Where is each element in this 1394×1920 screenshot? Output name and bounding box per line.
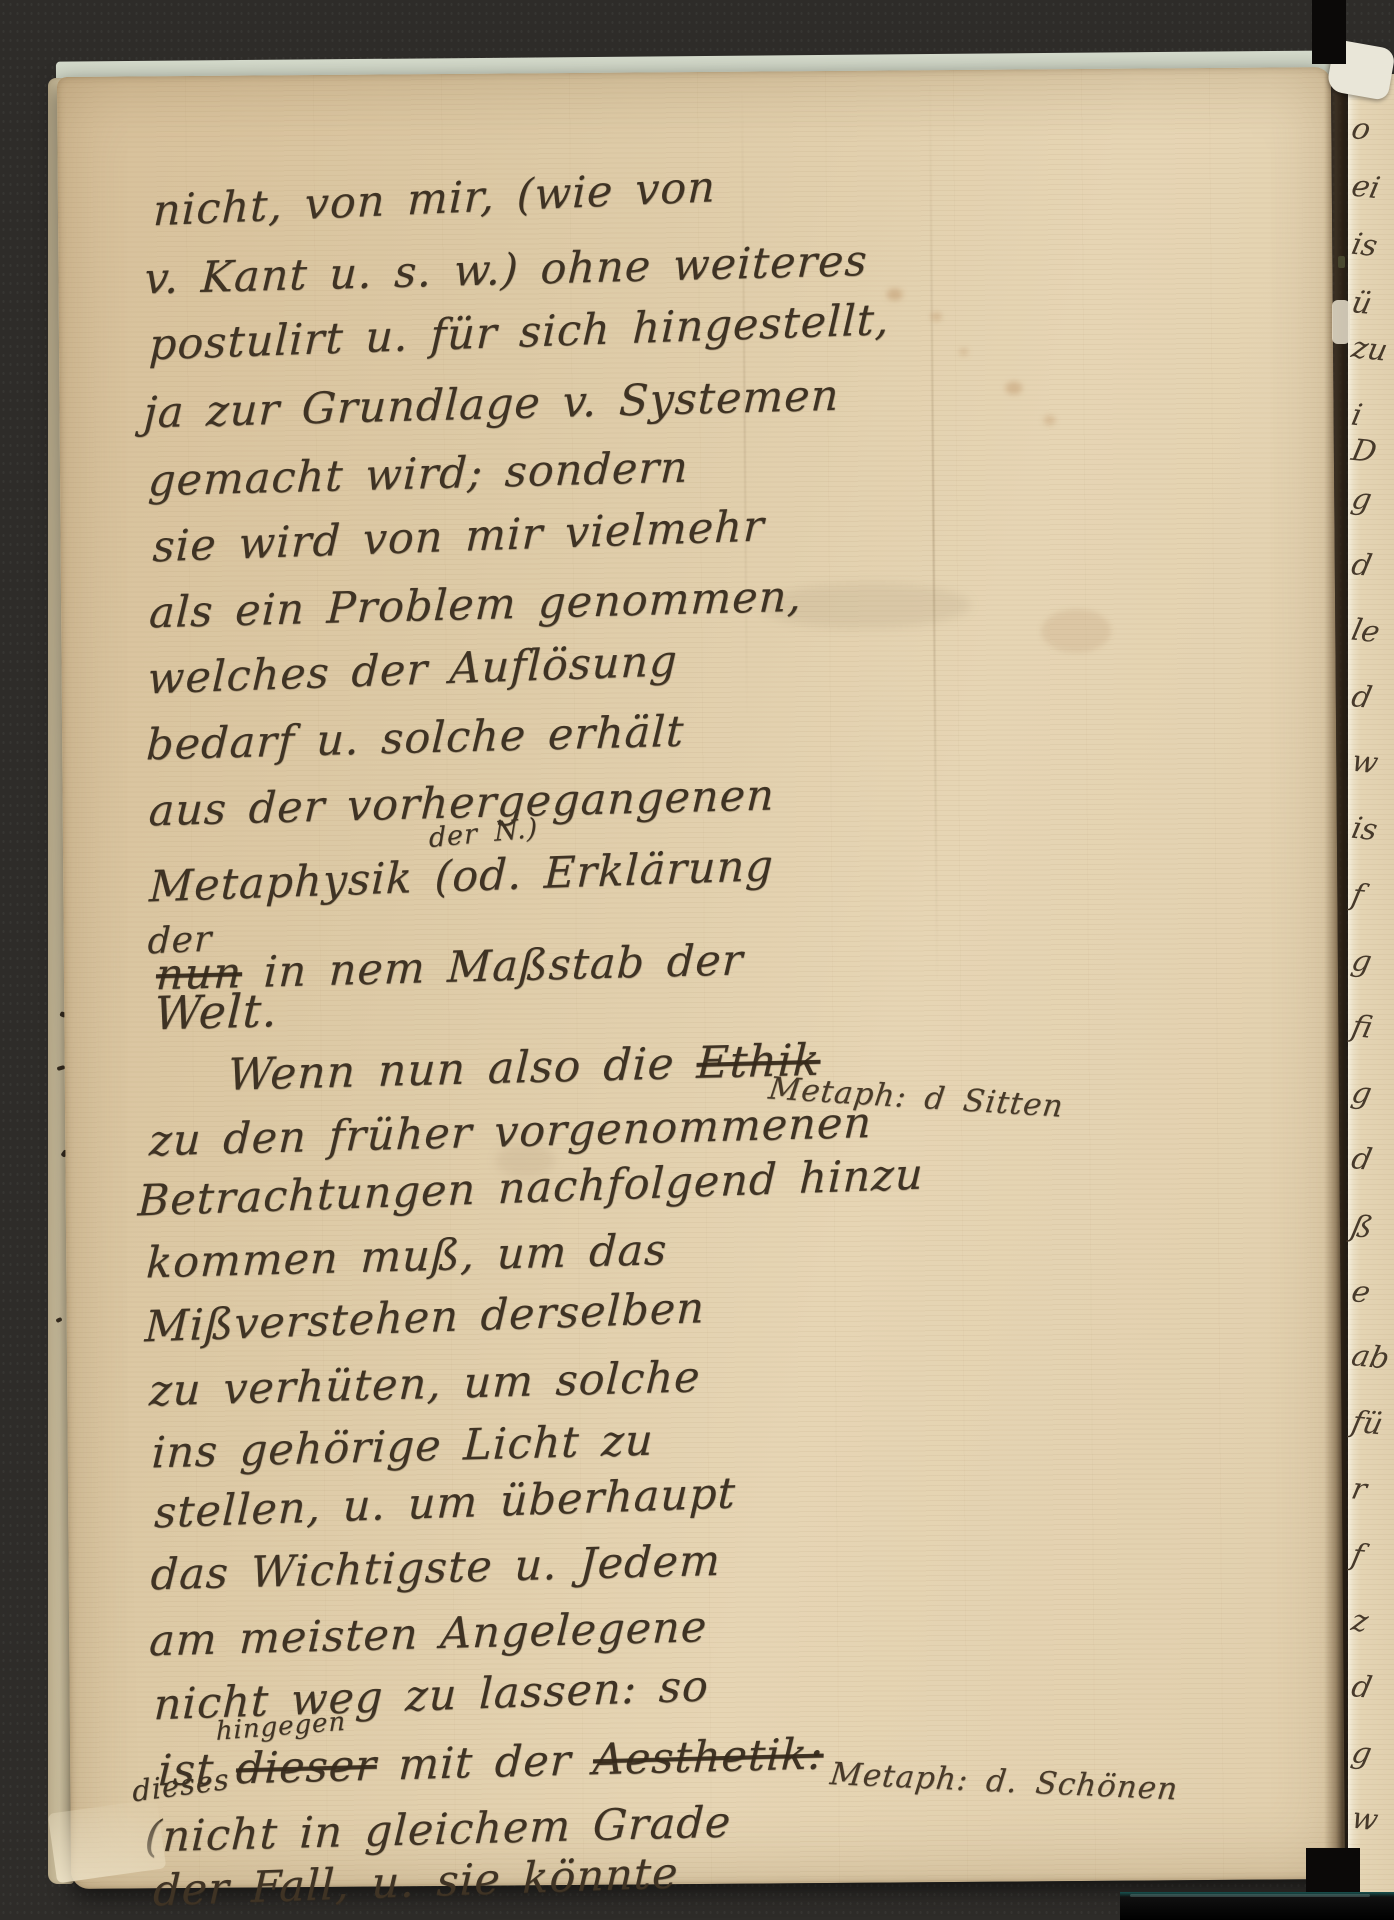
- hand-text: Mißverstehen derselben: [144, 1283, 706, 1352]
- hand-text: als ein Problem genommen,: [148, 572, 803, 639]
- hand-text: postulirt u. für sich hingestellt,: [148, 295, 890, 370]
- margin-annotation: Metaph: d. Schönen: [828, 1757, 1180, 1806]
- hand-text: sie wird von mir vielmehr: [152, 501, 766, 572]
- manuscript-line: welches der Auflösung: [147, 638, 679, 703]
- cover-sheen: [1130, 1894, 1370, 1897]
- hand-text: nicht, von mir, (wie von: [152, 162, 716, 236]
- manuscript-page: nicht, von mir, (wie vonv. Kant u. s. w.…: [57, 67, 1345, 1889]
- manuscript-line: bedarf u. solche erhält: [145, 709, 685, 770]
- hand-text: in nem Maßstab der: [241, 935, 745, 998]
- hand-text: stellen, u. um überhaupt: [153, 1468, 736, 1538]
- manuscript-line: nicht, von mir, (wie von: [152, 164, 716, 235]
- fox-spot: [931, 312, 942, 321]
- fox-spot: [959, 348, 968, 356]
- hand-text: gemacht wird; sondern: [147, 443, 690, 507]
- hand-text: v. Kant u. s. w.) ohne weiteres: [143, 236, 868, 304]
- manuscript-line: Welt.: [153, 985, 279, 1039]
- next-page-text-fragment: zu: [1348, 330, 1390, 368]
- manuscript-line: Mißverstehen derselben: [144, 1285, 706, 1351]
- manuscript-line: kommen muß, um das: [145, 1227, 668, 1288]
- hand-text: welches der Auflösung: [147, 636, 679, 704]
- manuscript-line: stellen, u. um überhaupt: [153, 1470, 736, 1537]
- binding-stitch: [1338, 256, 1345, 268]
- next-page-text-fragment: ab: [1348, 1338, 1392, 1376]
- hand-text: Metaph: d. Schönen: [828, 1756, 1180, 1807]
- fox-spot: [1044, 415, 1056, 425]
- fold-paper-patch: [1332, 300, 1350, 344]
- hand-text: ja zur Grundlage v. Systemen: [142, 371, 840, 439]
- fox-spot: [1005, 381, 1022, 394]
- struck-word: Aesthetik:: [592, 1729, 825, 1785]
- manuscript-line: Wenn nun also die Ethik: [227, 1037, 822, 1100]
- manuscript-line: ja zur Grundlage v. Systemen: [142, 373, 840, 438]
- hand-text: Welt.: [153, 983, 279, 1040]
- manuscript-photo: nicht, von mir, (wie vonv. Kant u. s. w.…: [0, 0, 1394, 1920]
- hand-text: das Wichtigste u. Jedem: [150, 1536, 722, 1601]
- paper-crease: [929, 82, 938, 982]
- struck-word: dieser: [235, 1741, 378, 1795]
- manuscript-line: gemacht wird; sondern: [147, 445, 690, 506]
- manuscript-line: als ein Problem genommen,: [148, 574, 803, 638]
- hand-text: ins gehörige Licht zu: [151, 1416, 655, 1479]
- faint-stain: [1041, 609, 1111, 654]
- manuscript-line: am meisten Angelegene: [148, 1604, 708, 1665]
- manuscript-line: v. Kant u. s. w.) ohne weiteres: [143, 238, 868, 304]
- book-cover-edge: [1120, 1892, 1394, 1920]
- hand-text: zu verhüten, um solche: [148, 1352, 702, 1416]
- hand-text: am meisten Angelegene: [148, 1602, 708, 1666]
- hand-text: Metaphysik (od. Erklärung: [148, 841, 774, 912]
- manuscript-line: Metaphysik (od. Erklärung: [148, 843, 774, 912]
- manuscript-line: sie wird von mir vielmehr: [152, 503, 766, 571]
- manuscript-line: ins gehörige Licht zu: [151, 1418, 655, 1478]
- manuscript-line: zu verhüten, um solche: [148, 1354, 701, 1415]
- binding-gap-top: [1312, 0, 1346, 64]
- hand-text: mit der: [376, 1735, 595, 1791]
- hand-text: kommen muß, um das: [145, 1225, 668, 1288]
- hand-text: Wenn nun also die: [227, 1038, 698, 1101]
- manuscript-line: postulirt u. für sich hingestellt,: [148, 297, 890, 370]
- manuscript-line: das Wichtigste u. Jedem: [150, 1538, 722, 1600]
- hand-text: bedarf u. solche erhält: [145, 707, 685, 771]
